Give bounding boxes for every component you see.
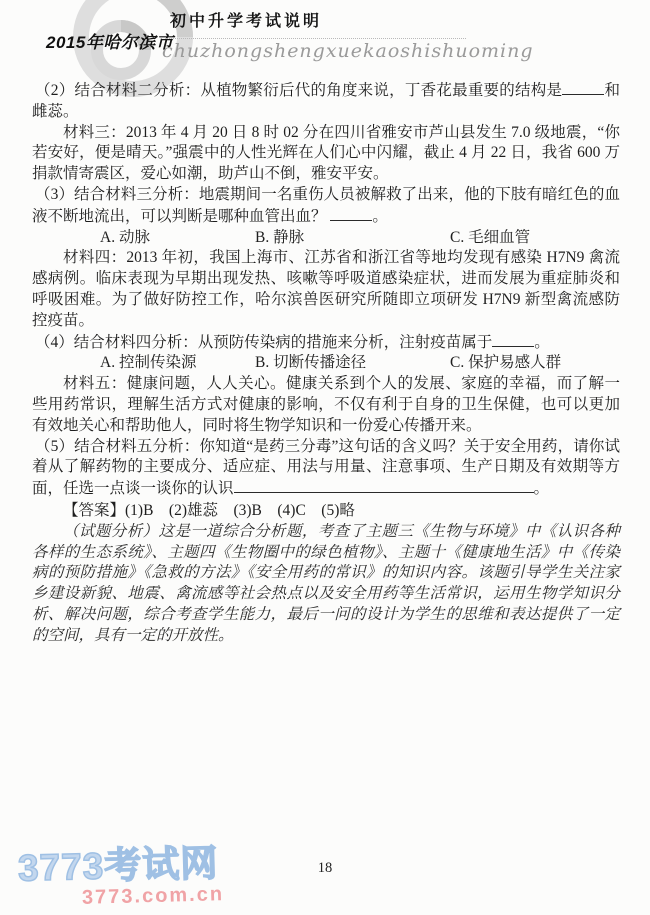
answer-blank bbox=[330, 206, 372, 221]
header-year-city: 2015年哈尔滨市 bbox=[46, 28, 173, 53]
header-divider bbox=[166, 38, 466, 39]
answer-blank bbox=[492, 332, 534, 347]
header-title: 初中升学考试说明 bbox=[170, 8, 322, 31]
document-page: 2015年哈尔滨市 初中升学考试说明 chuzhongshengxuekaosh… bbox=[0, 0, 650, 915]
watermark-site-url: 3773.com.cn bbox=[82, 883, 225, 910]
question-5: （5）结合材料五分析：你知道“是药三分毒”这句话的含义吗？关于安全用药，请你试着… bbox=[32, 437, 620, 500]
option-b: B. 静脉 bbox=[255, 228, 450, 249]
header-pinyin: chuzhongshengxuekaoshishuoming bbox=[162, 40, 534, 62]
answer-blank-long bbox=[234, 478, 534, 493]
question-5-tail: 。 bbox=[534, 480, 550, 497]
material-5-paragraph: 材料五：健康问题，人人关心。健康关系到个人的发展、家庭的幸福，而了解一些用药常识… bbox=[32, 374, 620, 436]
question-3-text: （3）结合材料三分析：地震期间一名重伤人员被解救了出来，他的下肢有暗红色的血液不… bbox=[32, 186, 620, 225]
material-3-paragraph: 材料三：2013 年 4 月 20 日 8 时 02 分在四川省雅安市芦山县发生… bbox=[32, 123, 620, 185]
question-3-tail: 。 bbox=[372, 208, 388, 225]
question-2-text: （2）结合材料二分析：从植物繁衍后代的角度来说，丁香花最重要的结构是 bbox=[35, 82, 562, 99]
analysis-paragraph: （试题分析）这是一道综合分析题，考查了主题三《生物与环境》中《认识各种各样的生态… bbox=[32, 522, 620, 647]
question-4-tail: 。 bbox=[534, 334, 550, 351]
answer-key-line: 【答案】(1)B (2)雄蕊 (3)B (4)C (5)略 bbox=[32, 501, 620, 522]
option-a: A. 动脉 bbox=[100, 228, 255, 249]
option-c: C. 保护易感人群 bbox=[450, 353, 561, 374]
question-3: （3）结合材料三分析：地震期间一名重伤人员被解救了出来，他的下肢有暗红色的血液不… bbox=[32, 185, 620, 228]
site-watermark: 3773考试网 3773.com.cn bbox=[18, 848, 224, 908]
option-b: B. 切断传播途径 bbox=[255, 353, 450, 374]
page-number: 18 bbox=[0, 860, 650, 877]
answer-blank bbox=[562, 80, 604, 95]
question-4-text: （4）结合材料四分析：从预防传染病的措施来分析，注射疫苗属于 bbox=[35, 334, 492, 351]
material-4-paragraph: 材料四：2013 年初，我国上海市、江苏省和浙江省等地均发现有感染 H7N9 禽… bbox=[32, 248, 620, 331]
option-a: A. 控制传染源 bbox=[100, 353, 255, 374]
document-body: （2）结合材料二分析：从植物繁衍后代的角度来说，丁香花最重要的结构是和雌蕊。 材… bbox=[32, 80, 620, 647]
question-4: （4）结合材料四分析：从预防传染病的措施来分析，注射疫苗属于。 bbox=[32, 332, 620, 354]
question-3-options: A. 动脉B. 静脉C. 毛细血管 bbox=[32, 228, 620, 249]
question-2: （2）结合材料二分析：从植物繁衍后代的角度来说，丁香花最重要的结构是和雌蕊。 bbox=[32, 80, 620, 123]
question-4-options: A. 控制传染源B. 切断传播途径C. 保护易感人群 bbox=[32, 353, 620, 374]
option-c: C. 毛细血管 bbox=[450, 228, 530, 249]
page-header: 2015年哈尔滨市 初中升学考试说明 chuzhongshengxuekaosh… bbox=[0, 0, 650, 78]
